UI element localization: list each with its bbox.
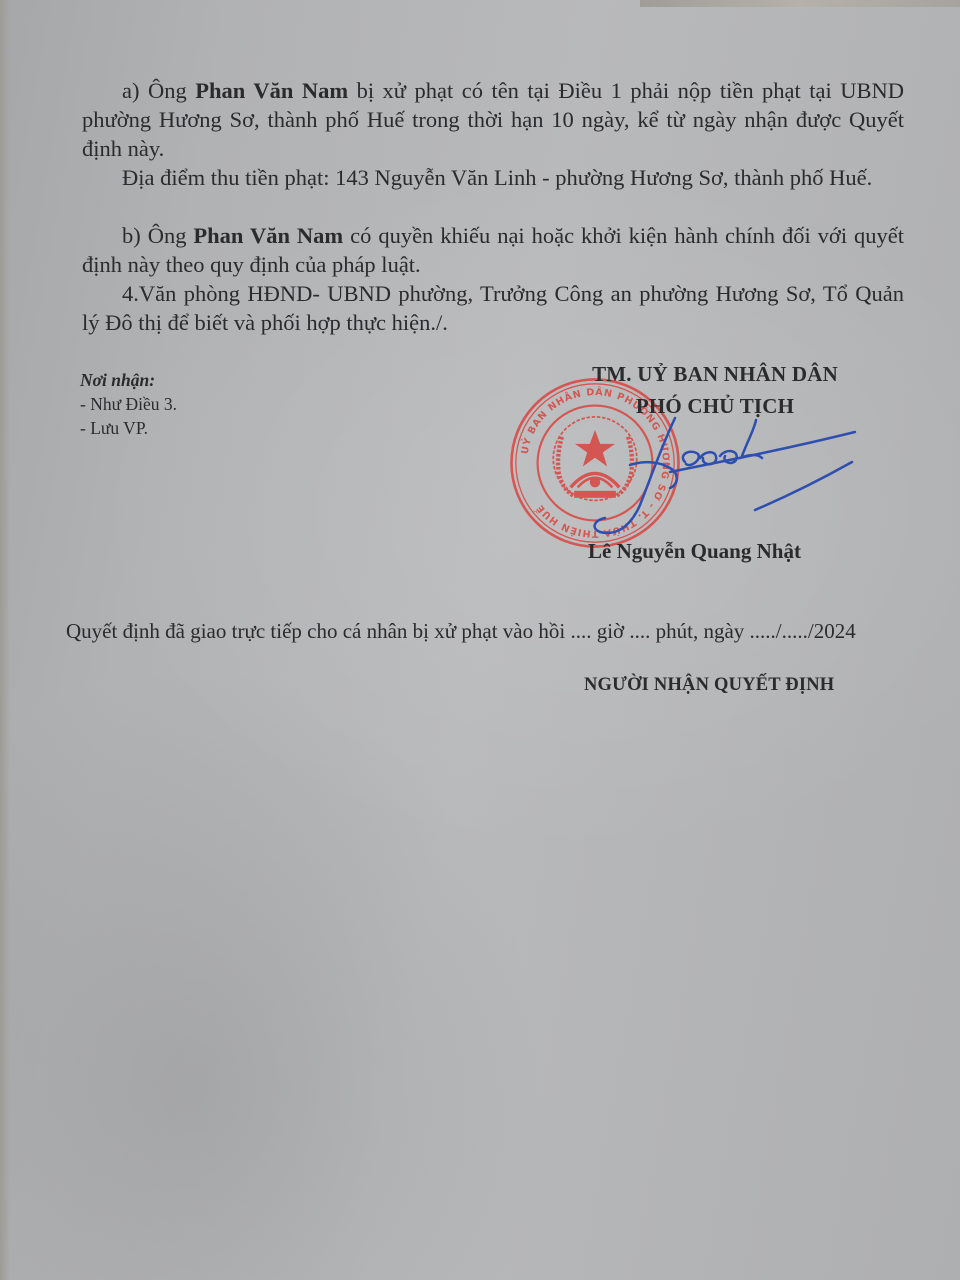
paragraph-a-prefix: a) Ông	[122, 78, 195, 103]
signature-title-organization: TM. UỶ BAN NHÂN DÂN	[520, 358, 910, 390]
recipient-item: - Như Điều 3.	[80, 392, 177, 416]
paper-left-edge	[0, 0, 10, 1280]
paragraph-b: b) Ông Phan Văn Nam có quyền khiếu nại h…	[82, 221, 904, 279]
recipients-block: Nơi nhận: - Như Điều 3. - Lưu VP.	[80, 368, 177, 440]
payment-location-text: Địa điểm thu tiền phạt: 143 Nguyễn Văn L…	[122, 165, 872, 190]
signer-name: Lê Nguyễn Quang Nhật	[588, 536, 801, 566]
item-4-text: 4.Văn phòng HĐND- UBND phường, Trưởng Cô…	[82, 281, 904, 335]
paragraph-a: a) Ông Phan Văn Nam bị xử phạt có tên tạ…	[82, 76, 904, 163]
paper-top-edge	[640, 0, 960, 7]
recipient-item: - Lưu VP.	[80, 416, 177, 440]
violator-name-b: Phan Văn Nam	[193, 223, 343, 248]
violator-name: Phan Văn Nam	[195, 78, 348, 103]
recipients-title: Nơi nhận:	[80, 368, 177, 392]
paragraph-item-4: 4.Văn phòng HĐND- UBND phường, Trưởng Cô…	[82, 279, 904, 337]
handwritten-signature-icon	[590, 410, 860, 540]
paragraph-b-prefix: b) Ông	[122, 223, 193, 248]
delivery-note: Quyết định đã giao trực tiếp cho cá nhân…	[66, 617, 922, 645]
paragraph-payment-location: Địa điểm thu tiền phạt: 143 Nguyễn Văn L…	[82, 163, 904, 192]
receiver-title: NGƯỜI NHẬN QUYẾT ĐỊNH	[584, 671, 834, 699]
